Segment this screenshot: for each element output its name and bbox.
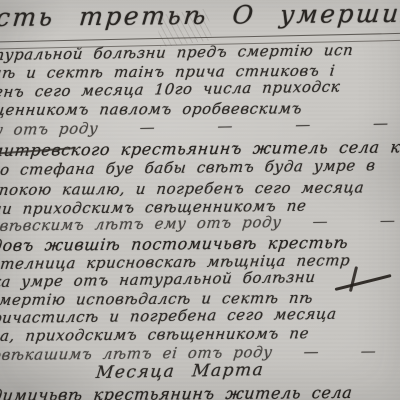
manuscript-page: сть третьѣ О умершихъ туральной болѣзни …	[0, 0, 400, 400]
manuscript-line: го стефана буе бабы свѣтъ буда умре в	[0, 156, 400, 179]
manuscript-line-bottom-cut: димичьвѣ крестьянинъ житель села	[0, 382, 400, 400]
